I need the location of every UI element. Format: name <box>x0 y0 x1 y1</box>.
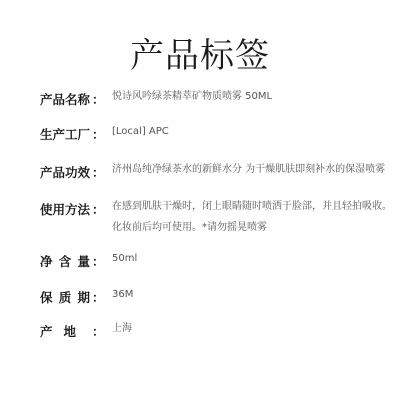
colon: ： <box>92 322 105 340</box>
label-shelf-life: 保质期 <box>40 288 98 306</box>
value-usage-line2: 化妆前后均可使用。*请勿摇晃喷雾 <box>112 217 267 238</box>
label-usage: 使用方法 <box>40 200 98 218</box>
colon: ： <box>92 163 105 181</box>
value-net-content: 50ml <box>112 248 137 269</box>
colon: ： <box>92 288 105 306</box>
colon: ： <box>92 125 105 143</box>
label-net-content: 净含量 <box>40 252 98 270</box>
colon: ： <box>92 252 105 270</box>
value-usage-line1: 在感到肌肤干燥时，闭上眼睛随时喷洒于脸部，并且轻拍吸收。 <box>112 196 392 217</box>
value-efficacy: 济州岛纯净绿茶水的新鲜水分 为干燥肌肤即刻补水的保湿喷雾 <box>112 159 385 180</box>
value-shelf-life: 36M <box>112 284 133 305</box>
value-origin: 上海 <box>112 318 132 339</box>
label-efficacy: 产品功效 <box>40 163 98 181</box>
page-title: 产品标签 <box>0 28 400 77</box>
value-factory: [Local] APC <box>112 121 169 142</box>
label-product-name: 产品名称 <box>40 90 98 108</box>
colon: ： <box>92 200 105 218</box>
colon: ： <box>92 90 105 108</box>
label-origin: 产地 <box>40 322 98 340</box>
label-factory: 生产工厂 <box>40 125 98 143</box>
value-product-name: 悦诗风吟绿茶精萃矿物质喷雾 50ML <box>112 86 272 107</box>
